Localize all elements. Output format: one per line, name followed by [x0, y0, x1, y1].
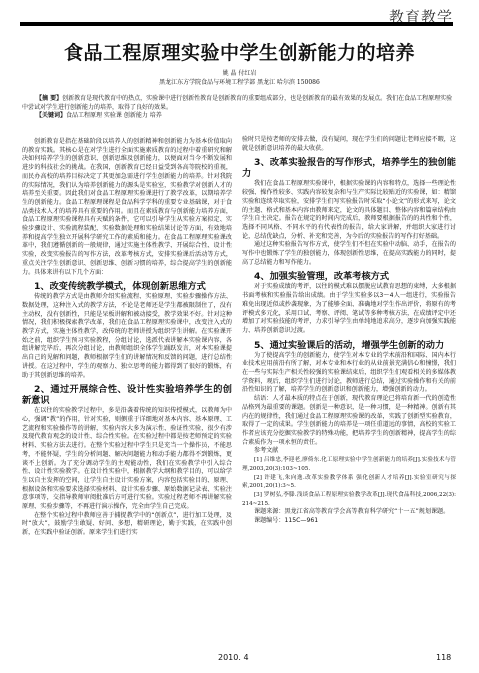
references-title: 参考文献: [242, 447, 456, 456]
paragraph-5: 为了使提高学生的创新能力，使学生对本专业的学术前沿和国际、国内本行业技术应用前沿…: [242, 352, 456, 396]
left-column: 创新教育是指在基础阶段以培养人的创新精神和创新能力为基本价值取向的教育实践。其核…: [22, 138, 232, 538]
keywords: 【关键词】食品工程原理 实验课 创新能力 培养: [22, 112, 455, 121]
heading-3: 3、改革实验报告的写作形式，培养学生的独创能力: [242, 157, 456, 179]
abstract-text: 创新教育是现代教育中的热点，实验课中进行创新性教育是创新教育的重要组成部分，也是…: [22, 95, 452, 111]
continued-paragraph: 验时只是按老师的安排去做，没有疑问，现在学生们的问题让老师应接不暇，这就是创新意…: [242, 136, 456, 153]
keywords-text: 食品工程原理 实验课 创新能力 培养: [66, 112, 162, 119]
abstract-block: 【摘 要】创新教育是现代教育中的热点，实验课中进行创新性教育是创新教育的重要组成…: [22, 95, 455, 121]
heading-5: 5、通过实验课后的活动，增强学生创新的动力: [242, 340, 456, 351]
paragraph-2: 在以往的实验教学过程中，多是沿袭着传统的知识传授模式，以教师为中心，强调“教”的…: [22, 407, 232, 511]
header-rule: [20, 22, 453, 26]
project-number: 课题编号：115C—961: [242, 517, 456, 526]
reference-1: [1] 吕维忠,李迎老,廖倚东.化工原理实验中学生创新能力的培养[J].实验技术…: [242, 456, 456, 473]
page-number: 118: [436, 653, 451, 662]
paragraph-3: 在整个实验过程中教师应善于捕捉教学中的“创新点”，进行加工处理，及时“放大”，鼓…: [22, 512, 232, 538]
paragraph-3a: 我们在食品工程原理实验课中，根据实验课的内容和特点，选择一些理论性较强、操作性较…: [242, 180, 456, 241]
intro-paragraph: 创新教育是指在基础阶段以培养人的创新精神和创新能力为基本价值取向的教育实践。其核…: [22, 138, 232, 277]
footer-date: 2010. 4: [218, 653, 249, 662]
reference-3: [3] 罗树弘,李滕.浅谈食品工程原理实验教学改革[J].现代食品科技,2006…: [242, 491, 456, 508]
article-authors: 姚 晶 付红岩: [0, 68, 479, 77]
article-title: 食品工程原理实验中学生创新能力的培养: [0, 38, 479, 65]
abstract-label: 【摘 要】: [36, 95, 62, 102]
article-affiliation: 黑龙江东方学院食品与环境工程学部 黑龙江 哈尔滨 150086: [0, 77, 479, 86]
heading-2: 2、通过开展综合性、设计性实验培养学生的创新意识: [22, 384, 232, 406]
project-source: 课题来源：黑龙江省高等教育学会高等教育科学研究“十一五”规划课题。: [242, 508, 456, 517]
reference-2: [2] 许建飞,朱向逸.改革实验教学体系 强化创新人才培养[J].实验室研究与探…: [242, 474, 456, 491]
conclusion: 结语：人才最本质的特点在于创新，现代教育理论已将培育新一代的创造性品格列为最重要…: [242, 395, 456, 447]
heading-1: 1、改变传统教学模式，体现创新思维方式: [22, 281, 232, 292]
paragraph-1: 传统的教学方式是由教师介绍实验流程、实验原理、实验步骤操作方法、数据处理，这种注…: [22, 293, 232, 380]
paragraph-4: 对于实验成绩的考评，以往的模式难以摆脱应试教育思想的束缚，大多根据书面考核和实验…: [242, 283, 456, 335]
right-column: 验时只是按老师的安排去做，没有疑问，现在学生们的问题让老师应接不暇，这就是创新意…: [242, 136, 456, 526]
paragraph-3b: 通过这种实验报告写作方式，使学生们不但在实验中动脑、动手，在报告的写作中也锻炼了…: [242, 241, 456, 267]
abstract: 【摘 要】创新教育是现代教育中的热点，实验课中进行创新性教育是创新教育的重要组成…: [22, 95, 455, 112]
heading-4: 4、加强实验管理，改革考核方式: [242, 271, 456, 282]
keywords-label: 【关键词】: [36, 112, 66, 119]
